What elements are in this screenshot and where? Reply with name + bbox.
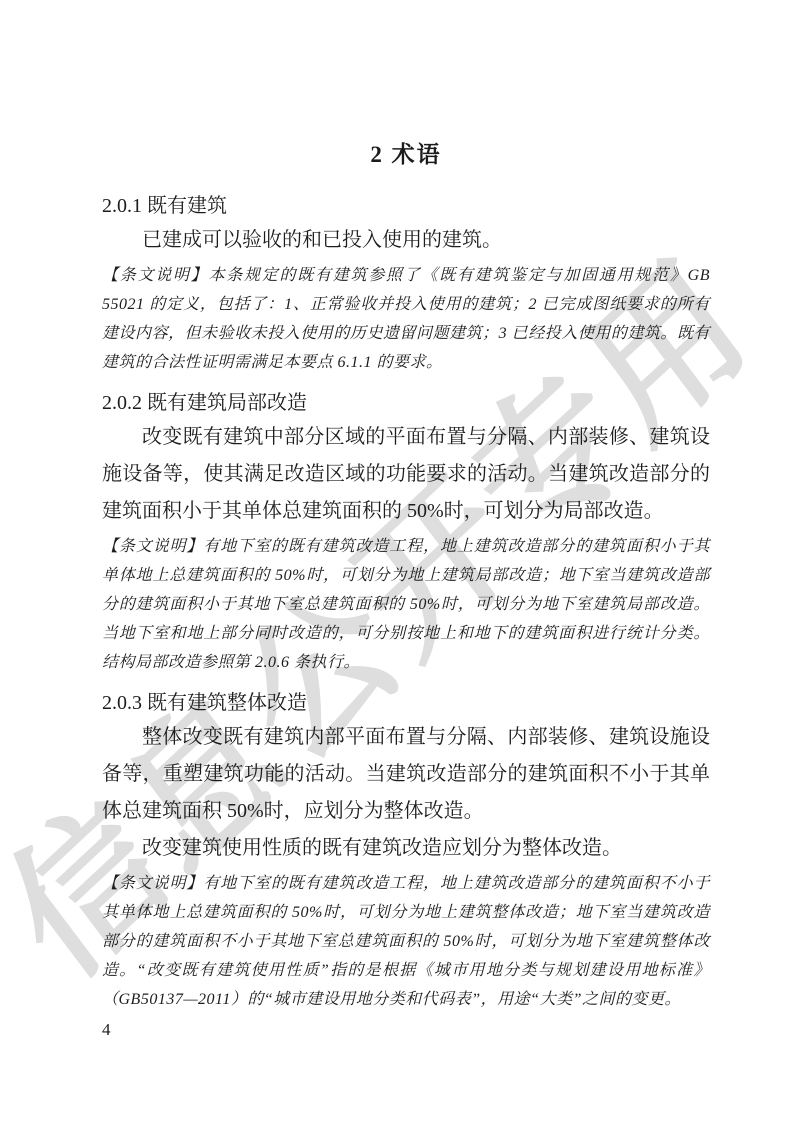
section-heading-2-0-1: 2.0.1 既有建筑 (102, 192, 710, 220)
section-body-paragraph: 改变既有建筑中部分区域的平面布置与分隔、内部装修、建筑设施设备等，使其满足改造区… (102, 419, 710, 530)
section-body-paragraph: 整体改变既有建筑内部平面布置与分隔、内部装修、建筑设施设备等，重塑建筑功能的活动… (102, 719, 710, 830)
page-content: 2 术语 2.0.1 既有建筑 已建成可以验收的和已投入使用的建筑。 【条文说明… (0, 0, 800, 1014)
commentary-paragraph: 【条文说明】有地下室的既有建筑改造工程，地上建筑改造部分的建筑面积小于其单体地上… (102, 532, 710, 677)
chapter-title: 2 术语 (102, 138, 710, 172)
commentary-paragraph: 【条文说明】有地下室的既有建筑改造工程，地上建筑改造部分的建筑面积不小于其单体地… (102, 869, 710, 1014)
section-2-0-1: 2.0.1 既有建筑 已建成可以验收的和已投入使用的建筑。 【条文说明】本条规定… (102, 192, 710, 377)
section-body-paragraph: 改变建筑使用性质的既有建筑改造应划分为整体改造。 (102, 830, 710, 867)
commentary-paragraph: 【条文说明】本条规定的既有建筑参照了《既有建筑鉴定与加固通用规范》GB 5502… (102, 261, 710, 377)
section-body-paragraph: 已建成可以验收的和已投入使用的建筑。 (102, 222, 710, 259)
section-heading-2-0-2: 2.0.2 既有建筑局部改造 (102, 389, 710, 417)
section-2-0-3: 2.0.3 既有建筑整体改造 整体改变既有建筑内部平面布置与分隔、内部装修、建筑… (102, 689, 710, 1014)
section-2-0-2: 2.0.2 既有建筑局部改造 改变既有建筑中部分区域的平面布置与分隔、内部装修、… (102, 389, 710, 677)
section-heading-2-0-3: 2.0.3 既有建筑整体改造 (102, 689, 710, 717)
document-page: 信息公开专用 2 术语 2.0.1 既有建筑 已建成可以验收的和已投入使用的建筑… (0, 0, 800, 1131)
page-number: 4 (102, 1020, 111, 1040)
